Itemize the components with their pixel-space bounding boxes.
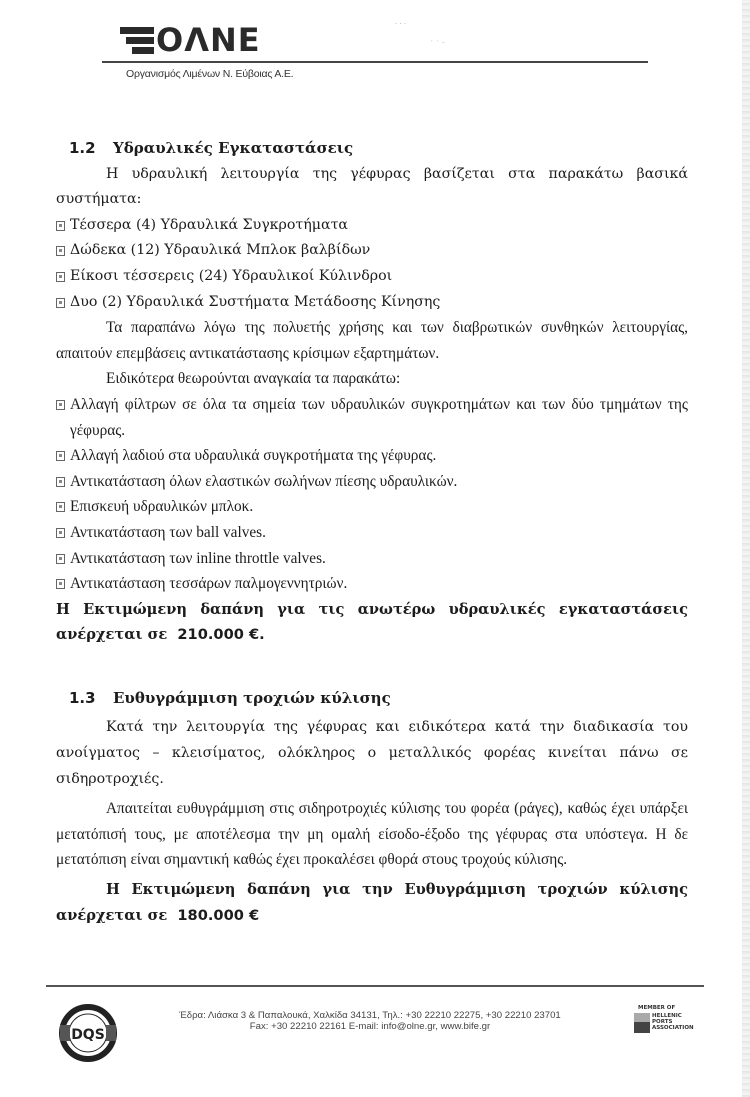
list-item: Δυο (2) Υδραυλικά Συστήματα Μετάδοσης Κί… (56, 290, 688, 316)
svg-text:DQS: DQS (71, 1027, 105, 1043)
logo-text: ΟΛΝΕ (156, 22, 261, 58)
bullet-icon (56, 272, 65, 282)
cost-amount: 180.000 € (177, 907, 259, 924)
bullet-icon (56, 579, 65, 589)
bullet-icon (56, 477, 65, 487)
footer-contact: Έδρα: Λιάσκα 3 & Παπαλουκά, Χαλκίδα 3413… (160, 1010, 580, 1032)
list-item: Αντικατάσταση των inline throttle valves… (56, 546, 688, 572)
needs-list: Αλλαγή φίλτρων σε όλα τα σημεία των υδρα… (56, 392, 688, 597)
needs-intro: Ειδικότερα θεωρούνται αναγκαία τα παρακά… (56, 366, 688, 392)
list-item: Αντικατάσταση τεσσάρων παλμογεννητριών. (56, 571, 688, 597)
section-intro: Η υδραυλική λειτουργία της γέφυρας βασίζ… (56, 162, 688, 213)
list-item: Αλλαγή λαδιού στα υδραυλικά συγκροτήματα… (56, 443, 688, 469)
section-heading-1-3: 1.3 Ευθυγράμμιση τροχιών κύλισης (69, 686, 688, 712)
cost-estimate-1-3: Η Εκτιμώμενη δαπάνη για την Ευθυγράμμιση… (56, 877, 688, 928)
section-paragraph: Κατά την λειτουργία της γέφυρας και ειδι… (56, 715, 688, 792)
cost-amount: 210.000 €. (177, 626, 264, 643)
list-item: Επισκευή υδραυλικών μπλοκ. (56, 494, 688, 520)
bullet-icon (56, 554, 65, 564)
scan-edge (742, 0, 750, 1097)
hpa-member-badge: MEMBER OF HELLENIC PORTS ASSOCIATION (634, 1005, 704, 1035)
bullet-icon (56, 246, 65, 256)
section-number: 1.3 (69, 686, 113, 712)
section-title: Υδραυλικές Εγκαταστάσεις (113, 136, 353, 162)
list-item: Αντικατάσταση όλων ελαστικών σωλήνων πίε… (56, 469, 688, 495)
section-title: Ευθυγράμμιση τροχιών κύλισης (113, 686, 391, 712)
list-item: Δώδεκα (12) Υδραυλικά Μπλοκ βαλβίδων (56, 238, 688, 264)
logo-stripes-icon (118, 25, 154, 55)
section-paragraph: Τα παραπάνω λόγω της πολυετής χρήσης και… (56, 315, 688, 366)
section-number: 1.2 (69, 136, 113, 162)
bullet-icon (56, 400, 65, 410)
bullet-icon (56, 451, 65, 461)
list-item: Αλλαγή φίλτρων σε όλα τα σημεία των υδρα… (56, 392, 688, 443)
bullet-icon (56, 528, 65, 538)
olne-logo: ΟΛΝΕ (118, 22, 261, 58)
header-divider (102, 61, 648, 63)
bullet-icon (56, 298, 65, 308)
badge-block-icon (634, 1013, 650, 1033)
bullet-icon (56, 502, 65, 512)
cost-estimate-1-2: Η Εκτιμώμενη δαπάνη για τις ανωτέρω υδρα… (56, 597, 688, 648)
footer-divider (46, 985, 704, 987)
footer-address: Έδρα: Λιάσκα 3 & Παπαλουκά, Χαλκίδα 3413… (160, 1010, 580, 1021)
bullet-icon (56, 221, 65, 231)
systems-list: Τέσσερα (4) Υδραυλικά Συγκροτήματα Δώδεκ… (56, 213, 688, 315)
organization-name: Οργανισμός Λιμένων Ν. Εύβοιας Α.Ε. (126, 68, 293, 80)
list-item: Τέσσερα (4) Υδραυλικά Συγκροτήματα (56, 213, 688, 239)
list-item: Αντικατάσταση των ball valves. (56, 520, 688, 546)
section-paragraph: Απαιτείται ευθυγράμμιση στις σιδηροτροχι… (56, 796, 688, 873)
list-item: Είκοσι τέσσερεις (24) Υδραυλικοί Κύλινδρ… (56, 264, 688, 290)
document-body: 1.2 Υδραυλικές Εγκαταστάσεις Η υδραυλική… (56, 136, 688, 928)
letterhead: ΟΛΝΕ Οργανισμός Λιμένων Ν. Εύβοιας Α.Ε. (0, 0, 750, 100)
section-heading-1-2: 1.2 Υδραυλικές Εγκαταστάσεις (69, 136, 688, 162)
footer-fax-email: Fax: +30 22210 22161 E-mail: info@olne.g… (160, 1021, 580, 1032)
dqs-certification-logo-icon: DQS (58, 1003, 118, 1063)
